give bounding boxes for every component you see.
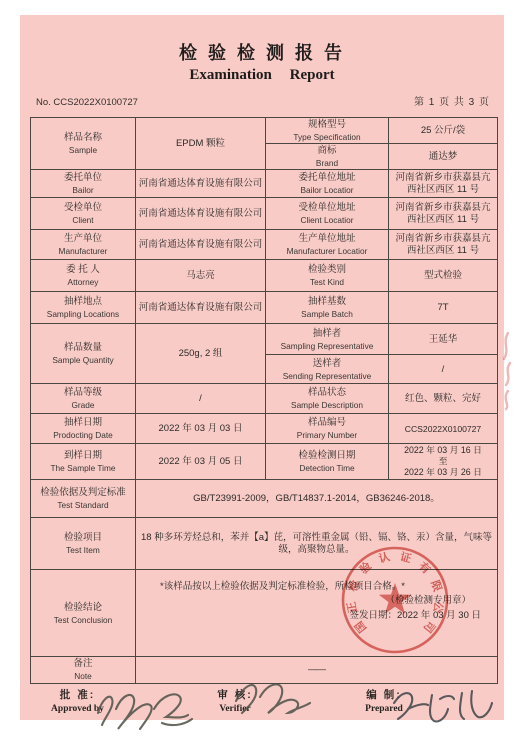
label-sample-qty: 样品数量Sample Quantity [31, 324, 136, 384]
label-grade-en: Grade [33, 400, 133, 410]
label-sampling-loc-cn: 抽样地点 [33, 296, 133, 308]
label-sample-batch-en: Sample Batch [268, 309, 386, 319]
label-client-loc-cn: 受检单位地址 [268, 202, 386, 214]
label-primary-number-cn: 样品编号 [268, 417, 386, 429]
red-ink-mark-icon [488, 327, 520, 412]
label-sending-rep-cn: 送样者 [268, 358, 386, 370]
approved-signature [92, 679, 202, 734]
value-sample-name: EPDM 颗粒 [136, 118, 266, 170]
detection-time-line2: 至 [391, 456, 495, 467]
company-seal-stamp-icon: 国正检验认证有限公司 [332, 537, 458, 663]
value-sample-desc: 红色、颗粒、完好 [389, 384, 498, 414]
label-client-loc-en: Client Locatior [268, 215, 386, 225]
label-sample-batch: 抽样基数Sample Batch [266, 292, 389, 324]
label-client-en: Client [33, 215, 133, 225]
value-test-kind: 型式检验 [389, 260, 498, 292]
table-row: 检验依据及判定标准Test Standard GB/T23991-2009，GB… [31, 480, 498, 518]
label-test-kind-cn: 检验类别 [268, 264, 386, 276]
value-bailor-loc: 河南省新乡市获嘉县亢西社区西区 11 号 [389, 170, 498, 198]
seal-star-icon [379, 583, 411, 614]
label-primary-number-en: Primary Number [268, 430, 386, 440]
label-sampling-date: 抽样日期Prodocting Date [31, 414, 136, 444]
label-sampling-loc-en: Sampling Locations [33, 309, 133, 319]
label-test-item: 检验项目Test Item [31, 518, 136, 570]
label-sampling-rep-en: Sampling Representative [268, 341, 386, 351]
label-test-conclusion: 检验结论Test Conclusion [31, 570, 136, 657]
label-sample-name-en: Sample [33, 145, 133, 155]
table-row: 抽样日期Prodocting Date 2022 年 03 月 03 日 样品编… [31, 414, 498, 444]
label-bailor-loc-en: Bailor Locatior [268, 185, 386, 195]
label-bailor-loc: 委托单位地址Bailor Locatior [266, 170, 389, 198]
report-title-en: Examination Report [20, 67, 504, 84]
label-sample-desc: 样品状态Sample Description [266, 384, 389, 414]
value-sending-rep: / [389, 355, 498, 384]
value-test-standard: GB/T23991-2009，GB/T14837.1-2014，GB36246-… [136, 480, 498, 518]
label-bailor-en: Bailor [33, 185, 133, 195]
value-sampling-date: 2022 年 03 月 03 日 [136, 414, 266, 444]
value-detection-time: 2022 年 03 月 16 日至2022 年 03 月 26 日 [389, 444, 498, 480]
value-spec: 25 公斤/袋 [389, 118, 498, 144]
label-manufacturer-loc: 生产单位地址Manufacturer Locatior [266, 230, 389, 260]
value-brand: 通达梦 [389, 144, 498, 170]
label-bailor-loc-cn: 委托单位地址 [268, 172, 386, 184]
label-test-conclusion-cn: 检验结论 [33, 602, 133, 614]
report-number: No. CCS2022X0100727 [36, 97, 138, 108]
label-bailor: 委托单位Bailor [31, 170, 136, 198]
label-sample-name-cn: 样品名称 [33, 132, 133, 144]
label-attorney-en: Attorney [33, 277, 133, 287]
label-attorney-cn: 委 托 人 [33, 264, 133, 276]
page-indicator: 第 1 页 共 3 页 [414, 93, 490, 108]
table-row: 到样日期The Sample Time 2022 年 03 月 05 日 检验检… [31, 444, 498, 480]
label-client: 受检单位Client [31, 198, 136, 230]
label-primary-number: 样品编号Primary Number [266, 414, 389, 444]
label-brand: 商标Brand [266, 144, 389, 170]
table-row: 样品等级Grade / 样品状态Sample Description 红色、颗粒… [31, 384, 498, 414]
value-grade: / [136, 384, 266, 414]
label-bailor-cn: 委托单位 [33, 172, 133, 184]
verifier-signature-stroke [236, 684, 310, 713]
value-client: 河南省通达体育设施有限公司 [136, 198, 266, 230]
label-manufacturer-loc-cn: 生产单位地址 [268, 233, 386, 245]
label-detection-time-en: Detection Time [268, 463, 386, 473]
label-spec: 规格型号Type Specification [266, 118, 389, 144]
label-sample-time-en: The Sample Time [33, 463, 133, 473]
value-sampling-rep: 王延华 [389, 324, 498, 355]
signature-footer: 批 准: Approved by 审 核: Verifier 编 制: Prep… [20, 683, 504, 735]
label-test-standard-en: Test Standard [33, 500, 133, 510]
label-sample-name: 样品名称Sample [31, 118, 136, 170]
table-row: 抽样地点Sampling Locations 河南省通达体育设施有限公司 抽样基… [31, 292, 498, 324]
table-row: 委托单位Bailor 河南省通达体育设施有限公司 委托单位地址Bailor Lo… [31, 170, 498, 198]
label-spec-cn: 规格型号 [268, 119, 386, 131]
label-sampling-rep: 抽样者Sampling Representative [266, 324, 389, 355]
value-sample-batch: 7T [389, 292, 498, 324]
label-detection-time: 检验检测日期Detection Time [266, 444, 389, 480]
label-sample-desc-en: Sample Description [268, 400, 386, 410]
label-test-standard-cn: 检验依据及判定标准 [33, 487, 133, 499]
label-note-cn: 备注 [33, 658, 133, 670]
prepared-signature [388, 681, 498, 726]
value-bailor: 河南省通达体育设施有限公司 [136, 170, 266, 198]
label-sampling-date-cn: 抽样日期 [33, 417, 133, 429]
label-test-standard: 检验依据及判定标准Test Standard [31, 480, 136, 518]
value-client-loc: 河南省新乡市获嘉县亢西社区西区 11 号 [389, 198, 498, 230]
value-primary-number: CCS2022X0100727 [389, 414, 498, 444]
report-title-cn: 检 验 检 测 报 告 [20, 39, 504, 65]
label-sample-batch-cn: 抽样基数 [268, 296, 386, 308]
label-brand-en: Brand [268, 158, 386, 168]
label-sampling-rep-cn: 抽样者 [268, 328, 386, 340]
ink-stroke [504, 333, 510, 409]
label-detection-time-cn: 检验检测日期 [268, 450, 386, 462]
value-attorney: 马志亮 [136, 260, 266, 292]
table-row: 样品数量Sample Quantity 250g, 2 组 抽样者Samplin… [31, 324, 498, 355]
value-sample-qty: 250g, 2 组 [136, 324, 266, 384]
label-manufacturer-loc-en: Manufacturer Locatior [268, 246, 386, 256]
label-test-item-cn: 检验项目 [33, 532, 133, 544]
label-client-loc: 受检单位地址Client Locatior [266, 198, 389, 230]
label-manufacturer-en: Manufacturer [33, 246, 133, 256]
table-row: 委 托 人Attorney 马志亮 检验类别Test Kind 型式检验 [31, 260, 498, 292]
table-row: 样品名称Sample EPDM 颗粒 规格型号Type Specificatio… [31, 118, 498, 144]
label-sample-qty-cn: 样品数量 [33, 342, 133, 354]
label-spec-en: Type Specification [268, 132, 386, 142]
prepared-signature-stroke [394, 691, 492, 721]
label-sampling-date-en: Prodocting Date [33, 430, 133, 440]
label-client-cn: 受检单位 [33, 202, 133, 214]
label-test-conclusion-en: Test Conclusion [33, 615, 133, 625]
meta-row: No. CCS2022X0100727 第 1 页 共 3 页 [36, 93, 490, 108]
label-manufacturer-cn: 生产单位 [33, 233, 133, 245]
label-sample-qty-en: Sample Quantity [33, 355, 133, 365]
label-sample-time-cn: 到样日期 [33, 450, 133, 462]
label-test-kind: 检验类别Test Kind [266, 260, 389, 292]
table-row: 受检单位Client 河南省通达体育设施有限公司 受检单位地址Client Lo… [31, 198, 498, 230]
value-manufacturer: 河南省通达体育设施有限公司 [136, 230, 266, 260]
verifier-signature [228, 673, 318, 718]
label-grade: 样品等级Grade [31, 384, 136, 414]
detection-time-line1: 2022 年 03 月 16 日 [391, 445, 495, 456]
label-test-kind-en: Test Kind [268, 277, 386, 287]
label-manufacturer: 生产单位Manufacturer [31, 230, 136, 260]
label-test-item-en: Test Item [33, 545, 133, 555]
value-sampling-loc: 河南省通达体育设施有限公司 [136, 292, 266, 324]
table-row: 生产单位Manufacturer 河南省通达体育设施有限公司 生产单位地址Man… [31, 230, 498, 260]
label-brand-cn: 商标 [268, 145, 386, 157]
label-sending-rep: 送样者Sending Representative [266, 355, 389, 384]
value-sample-time: 2022 年 03 月 05 日 [136, 444, 266, 480]
label-sampling-loc: 抽样地点Sampling Locations [31, 292, 136, 324]
report-page: 检 验 检 测 报 告 Examination Report No. CCS20… [20, 15, 504, 720]
label-attorney: 委 托 人Attorney [31, 260, 136, 292]
approved-signature-stroke [98, 694, 192, 729]
detection-time-line3: 2022 年 03 月 26 日 [391, 467, 495, 478]
label-sample-desc-cn: 样品状态 [268, 387, 386, 399]
label-grade-cn: 样品等级 [33, 387, 133, 399]
svg-text:公: 公 [430, 601, 445, 615]
label-sending-rep-en: Sending Representative [268, 371, 386, 381]
value-manufacturer-loc: 河南省新乡市获嘉县亢西社区西区 11 号 [389, 230, 498, 260]
label-sample-time: 到样日期The Sample Time [31, 444, 136, 480]
svg-text:正: 正 [344, 601, 360, 614]
